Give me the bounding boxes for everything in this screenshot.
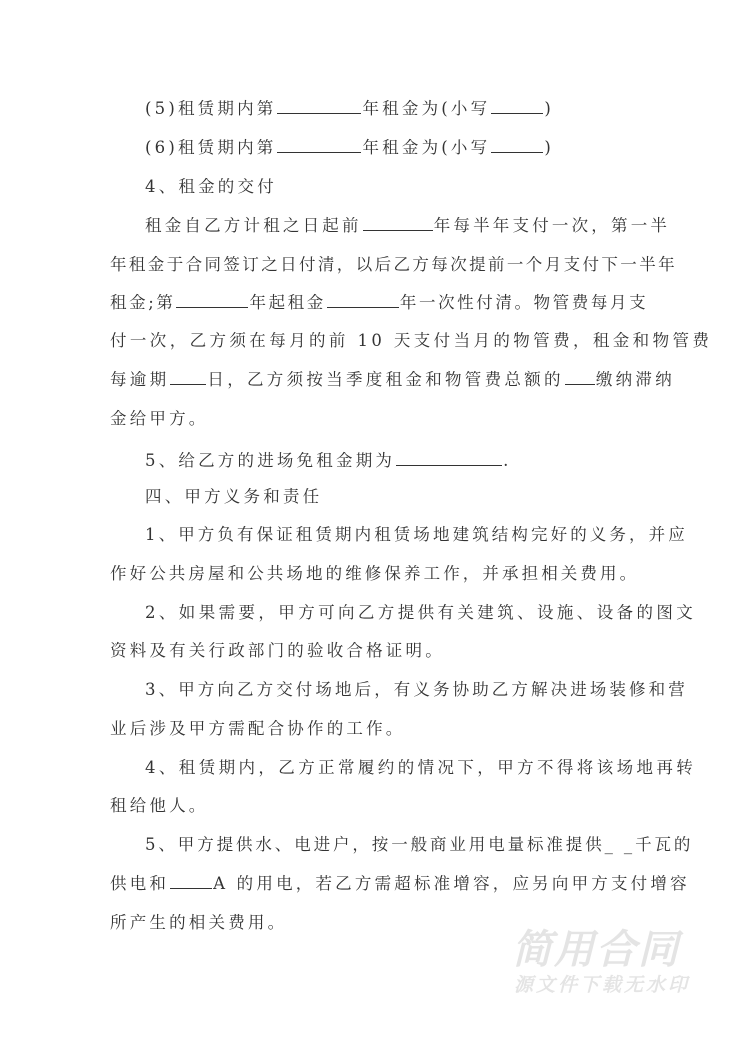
paragraph-line: 每逾期日，乙方须按当季度租金和物管费总额的缴纳滞纳 xyxy=(110,370,675,390)
line-text: 年一次性付清。物管费每月支 xyxy=(400,293,648,312)
paragraph-line: 供电和A 的用电，若乙方需超标准增容，应另向甲方支付增容 xyxy=(110,874,690,894)
watermark-title: 简用合同 xyxy=(512,918,680,975)
blank-field[interactable] xyxy=(170,874,212,889)
line-text: 年起租金 xyxy=(249,293,325,312)
blank-field[interactable] xyxy=(565,370,595,385)
blank-field[interactable] xyxy=(396,451,502,466)
blank-field[interactable] xyxy=(277,138,361,153)
paragraph-line: 所产生的相关费用。 xyxy=(110,913,287,933)
blank-field[interactable] xyxy=(176,293,248,308)
line-text: (6)租赁期内第 xyxy=(145,138,276,157)
paragraph-line: 1、甲方负有保证租赁期内租赁场地建筑结构完好的义务，并应 xyxy=(145,525,688,545)
line-text: ) xyxy=(544,99,554,118)
paragraph-line: 租给他人。 xyxy=(110,796,209,816)
blank-field[interactable] xyxy=(277,99,361,114)
rent-year-6-line: (6)租赁期内第年租金为(小写) xyxy=(145,138,554,158)
line-text: 日，乙方须按当季度租金和物管费总额的 xyxy=(207,370,563,389)
section-heading-party-a-obligations: 四、甲方义务和责任 xyxy=(145,487,322,507)
paragraph-line: 4、租赁期内，乙方正常履约的情况下，甲方不得将该场地再转 xyxy=(145,758,696,778)
paragraph-line: 作好公共房屋和公共场地的维修保养工作，并承担相关费用。 xyxy=(110,564,639,584)
blank-field[interactable] xyxy=(327,293,399,308)
rent-free-period-line: 5、给乙方的进场免租金期为. xyxy=(145,451,512,471)
line-text: 租金;第 xyxy=(110,293,175,312)
paragraph-line: 年租金于合同签订之日付清，以后乙方每次提前一个月支付下一半年 xyxy=(110,255,677,275)
paragraph-line: 3、甲方向乙方交付场地后，有义务协助乙方解决进场装修和营 xyxy=(145,680,688,700)
line-text: 供电和 xyxy=(110,874,169,893)
line-text: 千瓦的 xyxy=(635,835,693,854)
blank-field[interactable]: _ _ xyxy=(605,835,635,854)
paragraph-line: 资料及有关行政部门的验收合格证明。 xyxy=(110,641,445,661)
line-text: . xyxy=(503,451,511,470)
line-text: 租金自乙方计租之日起前 xyxy=(145,216,362,235)
paragraph-line: 租金自乙方计租之日起前年每半年支付一次，第一半 xyxy=(145,216,670,236)
line-text: ) xyxy=(544,138,554,157)
paragraph-line: 租金;第年起租金年一次性付清。物管费每月支 xyxy=(110,293,648,313)
line-text: 每逾期 xyxy=(110,370,169,389)
paragraph-line: 业后涉及甲方需配合协作的工作。 xyxy=(110,719,406,739)
line-text: 年租金为(小写 xyxy=(362,99,490,118)
rent-year-5-line: (5)租赁期内第年租金为(小写) xyxy=(145,99,554,119)
blank-field[interactable] xyxy=(491,99,543,114)
line-text: 年每半年支付一次，第一半 xyxy=(434,216,670,235)
line-text: 5、给乙方的进场免租金期为 xyxy=(145,451,395,470)
line-text: (5)租赁期内第 xyxy=(145,99,276,118)
line-text: 5、甲方提供水、电进户，按一般商业用电量标准提供 xyxy=(145,835,605,854)
paragraph-line: 付一次，乙方须在每月的前 10 天支付当月的物管费，租金和物管费 xyxy=(110,331,712,351)
paragraph-line: 2、如果需要，甲方可向乙方提供有关建筑、设施、设备的图文 xyxy=(145,603,696,623)
line-text: 年租金为(小写 xyxy=(362,138,490,157)
document-page: (5)租赁期内第年租金为(小写) (6)租赁期内第年租金为(小写) 4、租金的交… xyxy=(0,0,742,1049)
blank-field[interactable] xyxy=(491,138,543,153)
blank-field[interactable] xyxy=(363,216,433,231)
watermark-subtitle: 源文件下载无水印 xyxy=(514,970,690,997)
section-heading-rent-payment: 4、租金的交付 xyxy=(145,177,277,197)
line-text: A 的用电，若乙方需超标准增容，应另向甲方支付增容 xyxy=(213,874,690,893)
paragraph-line: 5、甲方提供水、电进户，按一般商业用电量标准提供_ _千瓦的 xyxy=(145,835,693,855)
blank-field[interactable] xyxy=(170,370,206,385)
paragraph-line: 金给甲方。 xyxy=(110,409,209,429)
line-text: 缴纳滞纳 xyxy=(596,370,675,389)
